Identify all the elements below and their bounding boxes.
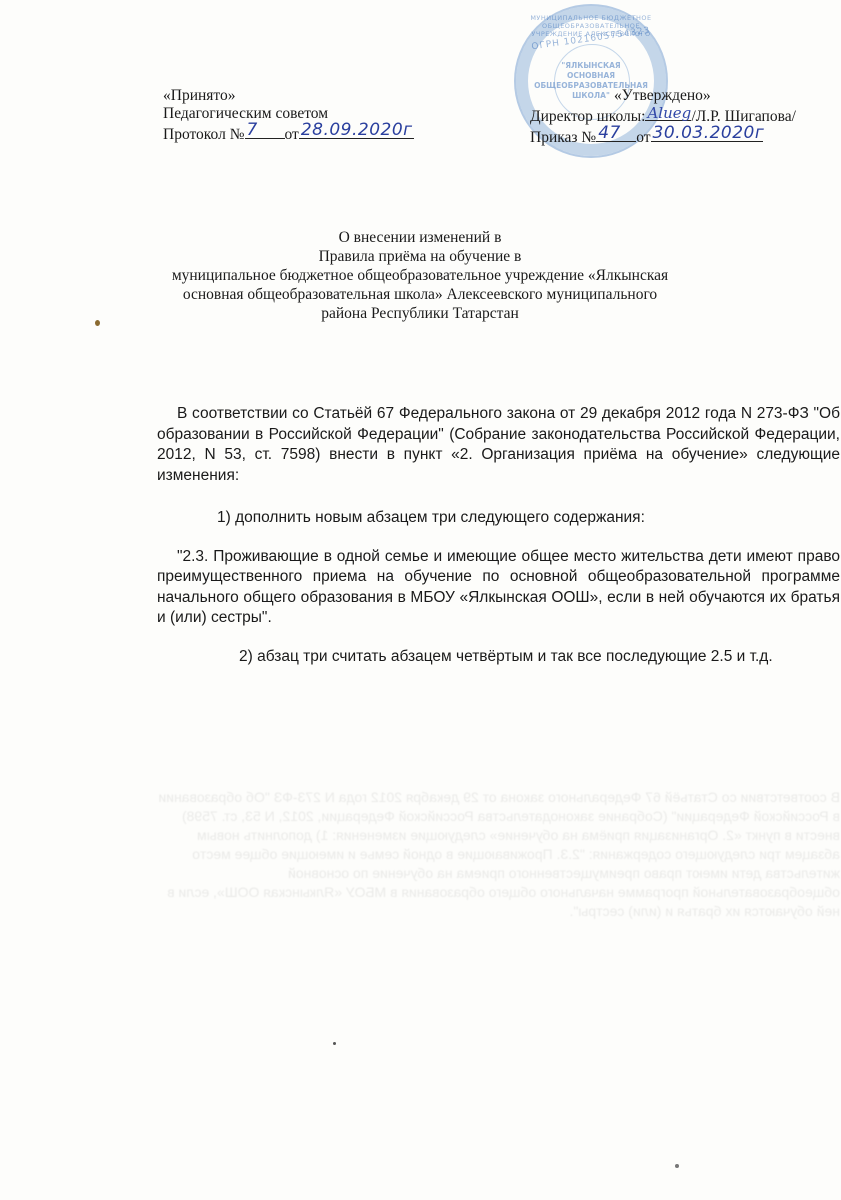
document-page: МУНИЦИПАЛЬНОЕ БЮДЖЕТНОЕ ОБЩЕОБРАЗОВАТЕЛЬ… bbox=[0, 0, 841, 1200]
protocol-from-label: от bbox=[285, 126, 299, 143]
order-from-label: от bbox=[636, 129, 650, 146]
director-label: Директор школы: bbox=[530, 108, 645, 125]
order-date: 30.03.2020г bbox=[653, 124, 765, 142]
stamp-ogrn: ОГРН 1021605754323 bbox=[516, 24, 666, 55]
protocol-label: Протокол № bbox=[163, 126, 245, 143]
bleed-through-text: В соответствии со Статьёй 67 Федеральног… bbox=[150, 788, 840, 921]
scan-speck bbox=[675, 1164, 679, 1168]
amendment-item-2: 2) абзац три считать абзацем четвёртым и… bbox=[157, 647, 840, 668]
amendment-quote: "2.3. Проживающие в одной семье и имеющи… bbox=[157, 547, 840, 629]
title-line: района Республики Татарстан bbox=[140, 304, 700, 323]
approved-block: «Утверждено» Директор школы:Alueg/Л.Р. Ш… bbox=[530, 87, 796, 147]
scan-speck bbox=[95, 320, 100, 326]
accepted-label: «Принято» bbox=[163, 87, 414, 105]
stamp-ring-text: МУНИЦИПАЛЬНОЕ БЮДЖЕТНОЕ ОБЩЕОБРАЗОВАТЕЛЬ… bbox=[516, 14, 666, 38]
protocol-date: 28.09.2020г bbox=[301, 121, 413, 139]
title-line: основная общеобразовательная школа» Алек… bbox=[140, 285, 700, 304]
title-line: муниципальное бюджетное общеобразователь… bbox=[140, 266, 700, 285]
protocol-line: Протокол №7от28.09.2020г bbox=[163, 123, 414, 144]
order-label: Приказ № bbox=[530, 129, 596, 146]
accepted-block: «Принято» Педагогическим советом Протоко… bbox=[163, 87, 414, 144]
order-line: Приказ №47от30.03.2020г bbox=[530, 126, 796, 147]
protocol-date-field: 28.09.2020г bbox=[299, 123, 414, 139]
amendment-item-1: 1) дополнить новым абзацем три следующег… bbox=[157, 508, 840, 529]
order-number: 47 bbox=[598, 124, 621, 142]
title-line: О внесении изменений в bbox=[140, 228, 700, 247]
intro-paragraph: В соответствии со Статьёй 67 Федеральног… bbox=[157, 404, 840, 486]
approved-label: «Утверждено» bbox=[530, 87, 796, 105]
document-body: В соответствии со Статьёй 67 Федеральног… bbox=[157, 404, 840, 667]
signature-field: Alueg bbox=[645, 105, 691, 121]
order-date-field: 30.03.2020г bbox=[651, 126, 763, 142]
protocol-number-field: 7 bbox=[245, 123, 285, 139]
director-signature: Alueg bbox=[647, 104, 691, 122]
order-number-field: 47 bbox=[596, 126, 636, 142]
protocol-number: 7 bbox=[247, 121, 258, 139]
scan-speck bbox=[333, 1042, 336, 1045]
title-line: Правила приёма на обучение в bbox=[140, 247, 700, 266]
document-title: О внесении изменений в Правила приёма на… bbox=[140, 228, 700, 323]
